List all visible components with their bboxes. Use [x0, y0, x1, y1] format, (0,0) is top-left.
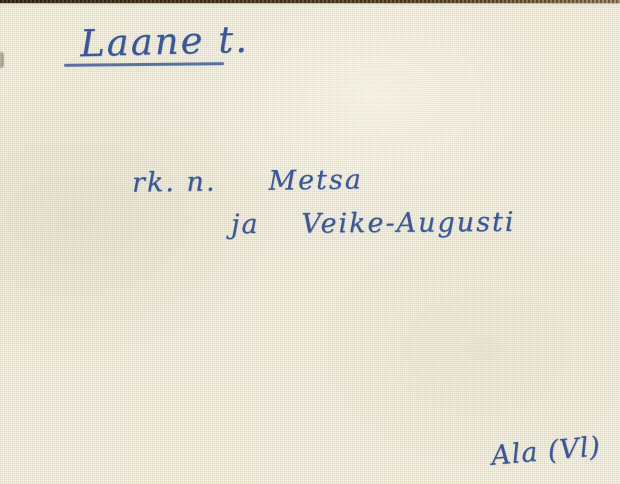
card-title-handwriting: Laane t.	[79, 18, 249, 65]
index-card: Laane t. rk. n.Metsa jaVeike-Augusti Ala…	[0, 0, 620, 484]
scan-edge-artifact	[0, 0, 620, 3]
record-type-abbreviation: rk. n.	[132, 166, 217, 198]
farm-name-secondary: Veike-Augusti	[301, 207, 515, 240]
scan-smudge-artifact	[0, 52, 4, 68]
parish-annotation: Ala (Vl)	[490, 431, 602, 471]
conjunction-word: ja	[231, 209, 260, 240]
record-line-continued: jaVeike-Augusti	[231, 207, 516, 240]
farm-name-primary: Metsa	[268, 164, 363, 196]
title-underline	[64, 62, 224, 67]
record-line: rk. n.Metsa	[132, 164, 363, 198]
